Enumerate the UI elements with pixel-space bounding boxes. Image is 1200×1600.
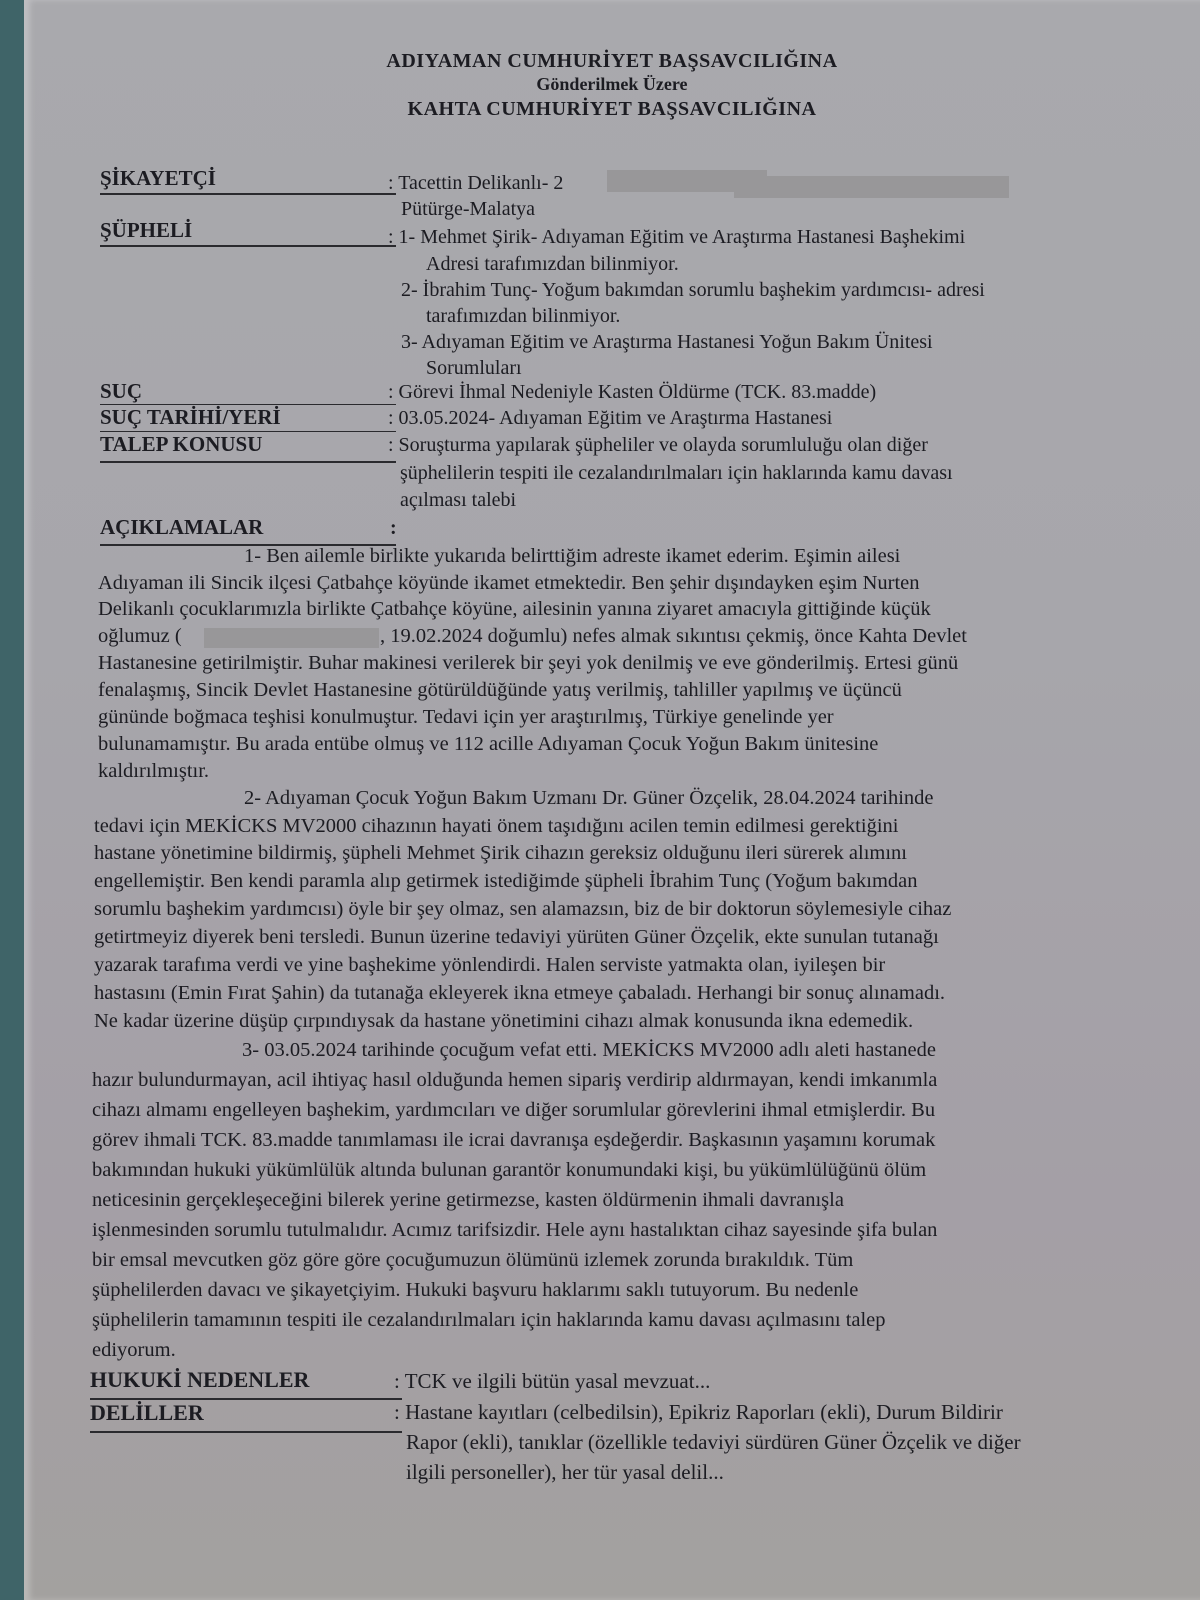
body-line: 2- Adıyaman Çocuk Yoğun Bakım Uzmanı Dr.… [244, 787, 934, 810]
body-line: 3- 03.05.2024 tarihinde çocuğum vefat et… [242, 1039, 936, 1062]
body-line: görev ihmali TCK. 83.madde tanımlaması i… [92, 1129, 935, 1152]
evidence-line: ilgili personeller), her tür yasal delil… [406, 1460, 724, 1485]
addressee-line-3: KAHTA CUMHURİYET BAŞSAVCILIĞINA [24, 98, 1200, 121]
evidence-line: : Hastane kayıtları (celbedilsin), Epikr… [394, 1400, 1003, 1425]
suspect-line: Adresi tarafımızdan bilinmiyor. [426, 253, 679, 276]
body-line: bakımından hukuki yükümlülük altında bul… [92, 1159, 926, 1182]
body-line: Delikanlı çocuklarımızla birlikte Çatbah… [98, 598, 931, 621]
evidence-label: DELİLLER [90, 1400, 204, 1426]
body-line: fenalaşmış, Sincik Devlet Hastanesine gö… [98, 679, 902, 702]
body-line: Adıyaman ili Sincik ilçesi Çatbahçe köyü… [98, 572, 920, 595]
body-line: oğlumuz ( [98, 625, 182, 648]
crime-label: SUÇ [100, 379, 142, 404]
body-line: şüphelilerin tamamının tespiti ile cezal… [92, 1309, 886, 1332]
request-subject-line: açılması talebi [400, 489, 516, 512]
body-line: getirtmeyiz diyerek beni tersledi. Bunun… [94, 926, 939, 949]
crime-date-place-value: : 03.05.2024- Adıyaman Eğitim ve Araştır… [388, 407, 832, 430]
body-line: sorumlu başhekim yardımcısı) öyle bir şe… [94, 898, 951, 921]
suspect-line: 3- Adıyaman Eğitim ve Araştırma Hastanes… [401, 331, 933, 354]
crime-value: : Görevi İhmal Nedeniyle Kasten Öldürme … [388, 381, 876, 404]
body-line: gününde boğmaca teşhisi konulmuştur. Ted… [98, 706, 834, 729]
body-line: hastane yönetimine bildirmiş, şüpheli Me… [94, 842, 907, 865]
request-subject-line: şüphelilerin tespiti ile cezalandırılmal… [400, 462, 953, 485]
explanations-label: AÇIKLAMALAR [100, 515, 263, 540]
complainant-address: Pütürge-Malatya [401, 198, 535, 221]
body-line: hastasını (Emin Fırat Şahin) da tutanağa… [94, 982, 945, 1005]
suspect-line: tarafımızdan bilinmiyor. [426, 305, 620, 328]
body-line: Hastanesine getirilmiştir. Buhar makines… [98, 652, 958, 675]
body-line: cihazı almamı engelleyen başhekim, yardı… [92, 1099, 935, 1122]
body-line: neticesinin gerçekleşeceğini bilerek yer… [92, 1189, 844, 1212]
explanations-colon: : [390, 517, 397, 540]
addressee-line-2: Gönderilmek Üzere [24, 74, 1200, 95]
crime-date-place-label: SUÇ TARİHİ/YERİ [100, 405, 281, 430]
redaction-box [734, 176, 1009, 198]
body-line: şüphelilerden davacı ve şikayetçiyim. Hu… [92, 1279, 858, 1302]
underline [100, 193, 396, 195]
complainant-label: ŞİKAYETÇİ [100, 166, 216, 191]
legal-reasons-value: : TCK ve ilgili bütün yasal mevzuat... [394, 1369, 710, 1394]
underline [100, 245, 396, 247]
request-subject-line: : Soruşturma yapılarak şüpheliler ve ola… [388, 434, 928, 457]
body-line: tedavi için MEKİCKS MV2000 cihazının hay… [94, 815, 898, 838]
request-subject-label: TALEP KONUSU [100, 432, 262, 457]
document-page: ADIYAMAN CUMHURİYET BAŞSAVCILIĞINA Gönde… [24, 0, 1200, 1600]
body-line: Ne kadar üzerine düşüp çırpındıysak da h… [94, 1010, 913, 1033]
underline [90, 1431, 402, 1433]
suspect-line: : 1- Mehmet Şirik- Adıyaman Eğitim ve Ar… [388, 226, 965, 249]
body-line: bir emsal mevcutken göz göre göre çocuğu… [92, 1249, 853, 1272]
addressee-line-1: ADIYAMAN CUMHURİYET BAŞSAVCILIĞINA [24, 50, 1200, 73]
redaction-box [204, 628, 379, 648]
complainant-value: : Tacettin Delikanlı- 2 [388, 172, 563, 195]
body-line: işlenmesinden sorumlu tutulmalıdır. Acım… [92, 1219, 937, 1242]
body-line: ediyorum. [92, 1339, 176, 1362]
body-line: bulunamamıştır. Bu arada entübe olmuş ve… [98, 733, 878, 756]
body-line: 1- Ben ailemle birlikte yukarıda belirtt… [244, 545, 900, 568]
body-line: kaldırılmıştır. [98, 760, 209, 783]
body-line: , 19.02.2024 doğumlu) nefes almak sıkınt… [380, 625, 967, 648]
evidence-line: Rapor (ekli), tanıklar (özellikle tedavi… [406, 1430, 1021, 1455]
body-line: hazır bulundurmayan, acil ihtiyaç hasıl … [92, 1069, 937, 1092]
body-line: yazarak tarafıma verdi ve yine başhekime… [94, 954, 885, 977]
body-line: engellemiştir. Ben kendi paramla alıp ge… [94, 870, 917, 893]
suspect-line: 2- İbrahim Tunç- Yoğum bakımdan sorumlu … [401, 279, 985, 302]
underline [100, 461, 396, 463]
suspect-line: Sorumluları [426, 357, 522, 380]
legal-reasons-label: HUKUKİ NEDENLER [90, 1367, 309, 1393]
suspect-label: ŞÜPHELİ [100, 218, 192, 243]
